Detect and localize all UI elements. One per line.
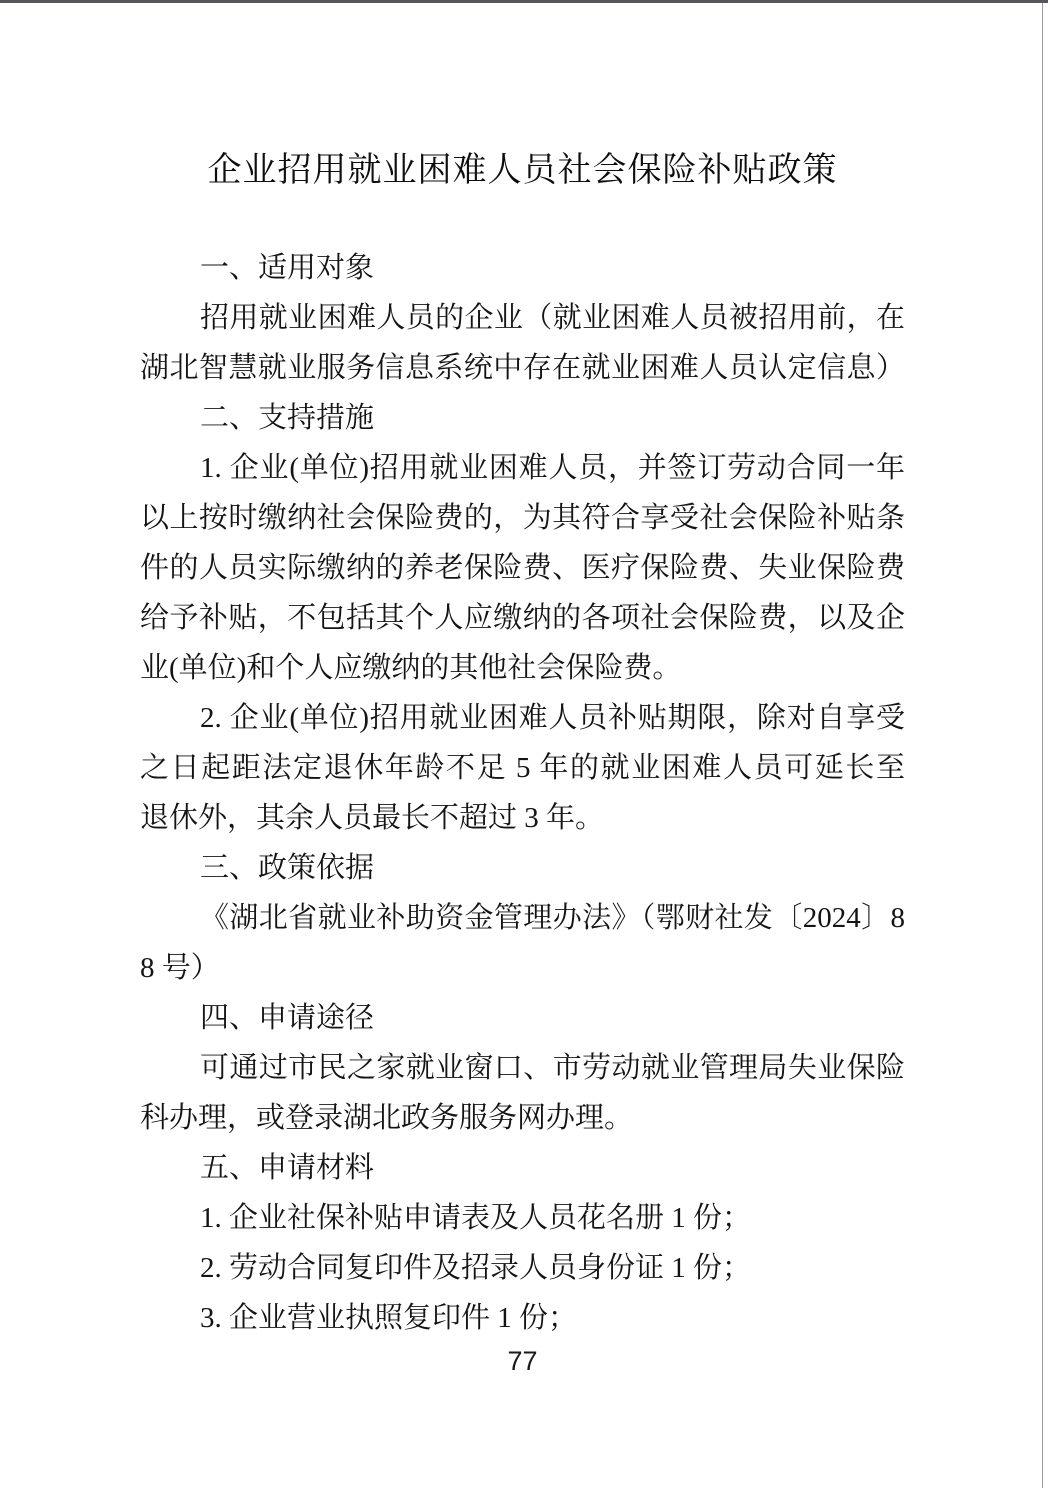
section-heading-3: 三、政策依据 [140, 843, 905, 893]
section-heading-1: 一、适用对象 [140, 243, 905, 293]
page-title: 企业招用就业困难人员社会保险补贴政策 [140, 145, 905, 197]
text-line: 给予补贴，不包括其个人应缴纳的各项社会保险费，以及企 [140, 593, 905, 643]
section-heading-4: 四、申请途径 [140, 993, 905, 1043]
text-line: 招用就业困难人员的企业（就业困难人员被招用前，在 [140, 293, 905, 343]
text-line: 湖北智慧就业服务信息系统中存在就业困难人员认定信息） [140, 343, 905, 393]
section-heading-2: 二、支持措施 [140, 393, 905, 443]
list-item: 2. 劳动合同复印件及招录人员身份证 1 份； [140, 1243, 905, 1293]
title-gap [140, 197, 905, 243]
text-line: 之日起距法定退休年龄不足 5 年的就业困难人员可延长至 [140, 743, 905, 793]
text-line: 可通过市民之家就业窗口、市劳动就业管理局失业保险 [140, 1043, 905, 1093]
text-line: 科办理，或登录湖北政务服务网办理。 [140, 1093, 905, 1143]
text-line: 退休外，其余人员最长不超过 3 年。 [140, 793, 905, 843]
text-block: 企业招用就业困难人员社会保险补贴政策 一、适用对象 招用就业困难人员的企业（就业… [140, 145, 905, 1377]
list-item: 1. 企业社保补贴申请表及人员花名册 1 份； [140, 1193, 905, 1243]
text-line: 8 号） [140, 943, 905, 993]
window-top-border [0, 0, 1048, 3]
document-page: 企业招用就业困难人员社会保险补贴政策 一、适用对象 招用就业困难人员的企业（就业… [0, 0, 1048, 1488]
section-heading-5: 五、申请材料 [140, 1143, 905, 1193]
page-number: 77 [140, 1345, 905, 1377]
text-line: 《湖北省就业补助资金管理办法》（鄂财社发〔2024〕8 [140, 893, 905, 943]
text-line: 件的人员实际缴纳的养老保险费、医疗保险费、失业保险费 [140, 543, 905, 593]
text-line: 1. 企业(单位)招用就业困难人员，并签订劳动合同一年 [140, 443, 905, 493]
text-line: 2. 企业(单位)招用就业困难人员补贴期限，除对自享受 [140, 693, 905, 743]
list-item: 3. 企业营业执照复印件 1 份； [140, 1293, 905, 1343]
page-edge-line [1042, 3, 1043, 1488]
text-line: 以上按时缴纳社会保险费的，为其符合享受社会保险补贴条 [140, 493, 905, 543]
text-line: 业(单位)和个人应缴纳的其他社会保险费。 [140, 643, 905, 693]
